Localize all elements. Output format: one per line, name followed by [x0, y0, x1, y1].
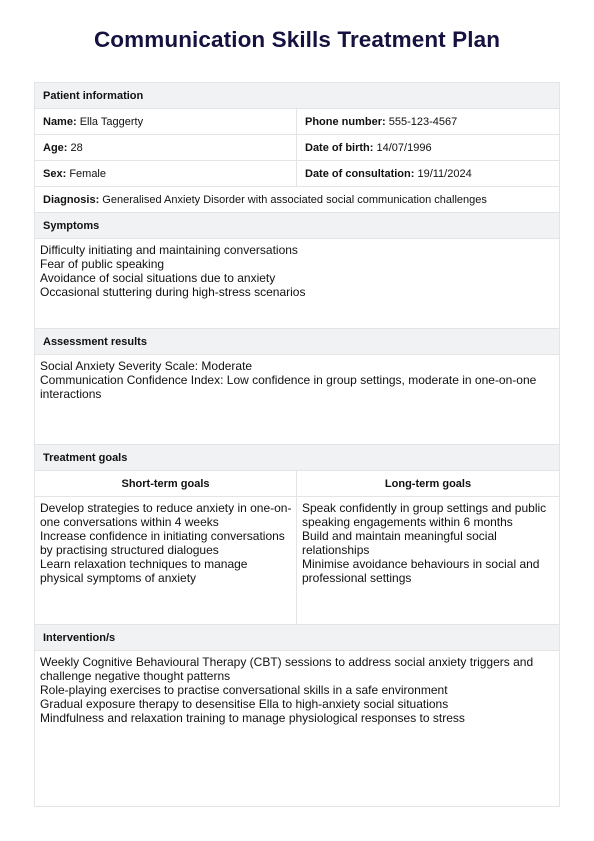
patient-row-age-dob: Age: 28 Date of birth: 14/07/1996: [35, 135, 559, 161]
assessment-text-area[interactable]: Social Anxiety Severity Scale: Moderate …: [35, 355, 559, 445]
assessment-item: Social Anxiety Severity Scale: Moderate: [40, 359, 553, 373]
patient-name-field[interactable]: Name: Ella Taggerty: [35, 109, 297, 134]
short-term-goals-text-area[interactable]: Develop strategies to reduce anxiety in …: [35, 497, 297, 624]
short-term-goal-item: Learn relaxation techniques to manage ph…: [40, 557, 292, 585]
consultation-date-value: 19/11/2024: [417, 168, 471, 180]
patient-age-label: Age:: [43, 142, 67, 154]
consultation-date-field[interactable]: Date of consultation: 19/11/2024: [297, 161, 559, 186]
long-term-goal-item: Minimise avoidance behaviours in social …: [302, 557, 555, 585]
goals-column-headers: Short-term goals Long-term goals: [35, 471, 559, 497]
goals-body: Develop strategies to reduce anxiety in …: [35, 497, 559, 625]
section-heading-treatment-goals: Treatment goals: [35, 445, 559, 471]
symptoms-text-area[interactable]: Difficulty initiating and maintaining co…: [35, 239, 559, 329]
intervention-item: Gradual exposure therapy to desensitise …: [40, 697, 553, 711]
patient-dob-label: Date of birth:: [305, 142, 373, 154]
long-term-goal-item: Build and maintain meaningful social rel…: [302, 529, 555, 557]
intervention-item: Role-playing exercises to practise conve…: [40, 683, 553, 697]
patient-phone-value: 555-123-4567: [389, 116, 458, 128]
patient-phone-label: Phone number:: [305, 116, 386, 128]
patient-name-label: Name:: [43, 116, 77, 128]
treatment-plan-form: Patient information Name: Ella Taggerty …: [34, 82, 560, 807]
patient-row-sex-consultation: Sex: Female Date of consultation: 19/11/…: [35, 161, 559, 187]
document-title: Communication Skills Treatment Plan: [0, 27, 594, 53]
section-heading-patient-information: Patient information: [35, 83, 559, 109]
long-term-goal-item: Speak confidently in group settings and …: [302, 501, 555, 529]
patient-sex-field[interactable]: Sex: Female: [35, 161, 297, 186]
symptom-item: Fear of public speaking: [40, 257, 553, 271]
patient-phone-field[interactable]: Phone number: 555-123-4567: [297, 109, 559, 134]
diagnosis-field[interactable]: Diagnosis: Generalised Anxiety Disorder …: [35, 187, 559, 213]
long-term-goals-heading: Long-term goals: [297, 471, 559, 496]
patient-age-field[interactable]: Age: 28: [35, 135, 297, 160]
short-term-goal-item: Increase confidence in initiating conver…: [40, 529, 292, 557]
assessment-item: Communication Confidence Index: Low conf…: [40, 373, 553, 401]
symptom-item: Occasional stuttering during high-stress…: [40, 285, 553, 299]
intervention-item: Mindfulness and relaxation training to m…: [40, 711, 553, 725]
interventions-text-area[interactable]: Weekly Cognitive Behavioural Therapy (CB…: [35, 651, 559, 806]
diagnosis-label: Diagnosis:: [43, 194, 99, 206]
patient-age-value: 28: [71, 142, 83, 154]
intervention-item: Weekly Cognitive Behavioural Therapy (CB…: [40, 655, 553, 683]
patient-sex-label: Sex:: [43, 168, 66, 180]
diagnosis-value: Generalised Anxiety Disorder with associ…: [102, 194, 487, 206]
short-term-goal-item: Develop strategies to reduce anxiety in …: [40, 501, 292, 529]
short-term-goals-heading: Short-term goals: [35, 471, 297, 496]
patient-dob-field[interactable]: Date of birth: 14/07/1996: [297, 135, 559, 160]
patient-sex-value: Female: [69, 168, 106, 180]
section-heading-interventions: Intervention/s: [35, 625, 559, 651]
patient-dob-value: 14/07/1996: [377, 142, 432, 154]
patient-name-value: Ella Taggerty: [80, 116, 143, 128]
section-heading-assessment-results: Assessment results: [35, 329, 559, 355]
patient-row-name-phone: Name: Ella Taggerty Phone number: 555-12…: [35, 109, 559, 135]
symptom-item: Difficulty initiating and maintaining co…: [40, 243, 553, 257]
consultation-date-label: Date of consultation:: [305, 168, 414, 180]
symptom-item: Avoidance of social situations due to an…: [40, 271, 553, 285]
long-term-goals-text-area[interactable]: Speak confidently in group settings and …: [297, 497, 559, 624]
section-heading-symptoms: Symptoms: [35, 213, 559, 239]
